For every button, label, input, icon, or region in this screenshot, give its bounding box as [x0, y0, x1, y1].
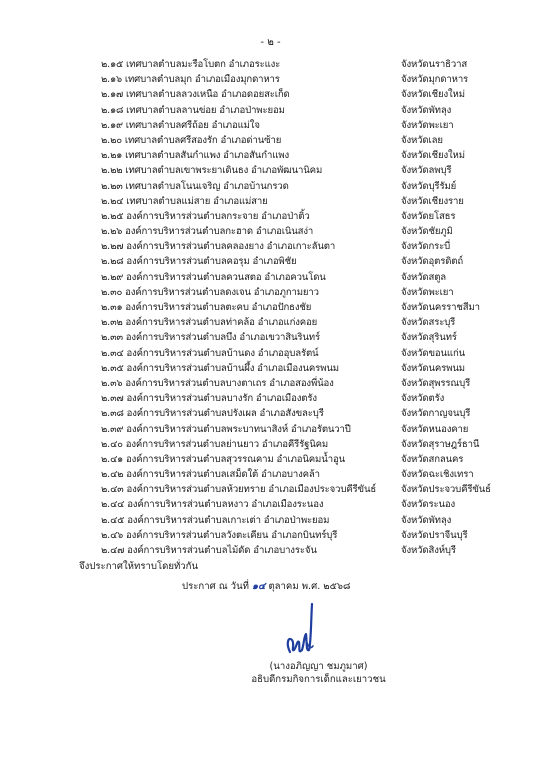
- province-name: จังหวัดชัยภูมิ: [401, 224, 453, 239]
- province-name: จังหวัดประจวบคีรีขันธ์: [401, 482, 491, 497]
- list-item: ๒.๒๗ องค์การบริหารส่วนตำบลคลองยาง อำเภอเ…: [0, 239, 541, 254]
- organization-name: ๒.๓๙ องค์การบริหารส่วนตำบลพระบาทนาสิงห์ …: [101, 422, 351, 437]
- province-name: จังหวัดบุรีรัมย์: [401, 179, 456, 194]
- province-name: จังหวัดนราธิวาส: [401, 57, 467, 72]
- list-item: ๒.๔๐ องค์การบริหารส่วนตำบลย่านยาว อำเภอค…: [0, 437, 541, 452]
- organization-name: ๒.๔๔ องค์การบริหารส่วนตำบลหงาว อำเภอเมือ…: [101, 497, 323, 512]
- list-item: ๒.๓๐ องค์การบริหารส่วนตำบลดงเจน อำเภอภูก…: [0, 285, 541, 300]
- organization-name: ๒.๒๒ เทศบาลตำบลเขาพระยาเดินธง อำเภอพัฒนา…: [101, 163, 322, 178]
- province-name: จังหวัดเลย: [401, 133, 443, 148]
- signer-title: อธิบดีกรมกิจการเด็กและเยาวชน: [48, 673, 541, 686]
- list-item: ๒.๓๖ องค์การบริหารส่วนตำบลบางตาเถร อำเภอ…: [0, 376, 541, 391]
- announcement-text: จึงประกาศให้ทราบโดยทั่วกัน: [79, 560, 198, 574]
- organization-name: ๒.๑๘ เทศบาลตำบลลานข่อย อำเภอป่าพะยอม: [101, 103, 285, 118]
- list-item: ๒.๓๗ องค์การบริหารส่วนตำบลบางรัก อำเภอเม…: [0, 391, 541, 406]
- province-name: จังหวัดพัทลุง: [401, 513, 451, 528]
- organization-name: ๒.๒๙ องค์การบริหารส่วนตำบลควนสตอ อำเภอคว…: [101, 270, 326, 285]
- province-name: จังหวัดสตูล: [401, 270, 446, 285]
- announcement-date: ประกาศ ณ วันที่ ๑๔ ตุลาคม พ.ศ. ๒๕๖๘: [182, 580, 350, 594]
- organization-name: ๒.๓๓ องค์การบริหารส่วนตำบลบึง อำเภอเขวาส…: [101, 330, 320, 345]
- list-item: ๒.๔๕ องค์การบริหารส่วนตำบลเกาะเต่า อำเภอ…: [0, 513, 541, 528]
- organization-name: ๒.๔๑ องค์การบริหารส่วนตำบลสุวรรณคาม อำเภ…: [101, 452, 345, 467]
- organization-name: ๒.๒๐ เทศบาลตำบลศรีสองรัก อำเภอด่านซ้าย: [101, 133, 281, 148]
- province-name: จังหวัดสุรินทร์: [401, 330, 457, 345]
- signer-name: (นางอภิญญา ชมภูมาศ): [48, 660, 541, 673]
- organization-name: ๒.๒๓ เทศบาลตำบลโนนเจริญ อำเภอบ้านกรวด: [101, 179, 289, 194]
- province-name: จังหวัดสกลนคร: [401, 452, 463, 467]
- province-name: จังหวัดสิงห์บุรี: [401, 543, 456, 558]
- province-name: จังหวัดเชียงใหม่: [401, 87, 465, 102]
- list-item: ๒.๒๑ เทศบาลตำบลสันกำแพง อำเภอสันกำแพงจัง…: [0, 148, 541, 163]
- list-item: ๒.๑๘ เทศบาลตำบลลานข่อย อำเภอป่าพะยอมจังห…: [0, 103, 541, 118]
- province-name: จังหวัดปราจีนบุรี: [401, 528, 468, 543]
- organization-name: ๒.๓๒ องค์การบริหารส่วนตำบลท่าคล้อ อำเภอแ…: [101, 315, 317, 330]
- date-day-handwritten: ๑๔: [252, 581, 265, 592]
- organization-name: ๒.๒๑ เทศบาลตำบลสันกำแพง อำเภอสันกำแพง: [101, 148, 289, 163]
- organization-name: ๒.๓๘ องค์การบริหารส่วนตำบลปรังเผล อำเภอส…: [101, 406, 324, 421]
- organization-name: ๒.๓๔ องค์การบริหารส่วนตำบลบ้านดง อำเภออุ…: [101, 346, 318, 361]
- province-name: จังหวัดลพบุรี: [401, 163, 451, 178]
- list-item: ๒.๓๘ องค์การบริหารส่วนตำบลปรังเผล อำเภอส…: [0, 406, 541, 421]
- province-name: จังหวัดเชียงใหม่: [401, 148, 465, 163]
- organization-name: ๒.๒๕ องค์การบริหารส่วนตำบลกระจาย อำเภอป่…: [101, 209, 310, 224]
- list-item: ๒.๓๓ องค์การบริหารส่วนตำบลบึง อำเภอเขวาส…: [0, 330, 541, 345]
- province-name: จังหวัดหนองคาย: [401, 422, 468, 437]
- organization-name: ๒.๒๘ องค์การบริหารส่วนตำบลคอรุม อำเภอพิช…: [101, 254, 296, 269]
- province-name: จังหวัดพะเยา: [401, 285, 454, 300]
- list-item: ๒.๓๔ องค์การบริหารส่วนตำบลบ้านดง อำเภออุ…: [0, 346, 541, 361]
- organization-name: ๒.๑๕ เทศบาลตำบลมะรือโบตก อำเภอระแงะ: [101, 57, 280, 72]
- province-name: จังหวัดตรัง: [401, 391, 444, 406]
- list-item: ๒.๔๓ องค์การบริหารส่วนตำบลห้วยทราย อำเภอ…: [0, 482, 541, 497]
- province-name: จังหวัดพัทลุง: [401, 103, 451, 118]
- organization-name: ๒.๔๒ องค์การบริหารส่วนตำบลเสม็ดใต้ อำเภอ…: [101, 467, 320, 482]
- province-name: จังหวัดขอนแก่น: [401, 346, 465, 361]
- date-prefix: ประกาศ ณ วันที่: [182, 581, 249, 592]
- date-suffix: ตุลาคม พ.ศ. ๒๕๖๘: [268, 581, 350, 592]
- organization-name: ๒.๑๖ เทศบาลตำบลมุก อำเภอเมืองมุกดาหาร: [101, 72, 280, 87]
- province-name: จังหวัดสระบุรี: [401, 315, 455, 330]
- province-name: จังหวัดกระบี่: [401, 239, 450, 254]
- organization-list: ๒.๑๕ เทศบาลตำบลมะรือโบตก อำเภอระแงะจังหว…: [0, 57, 541, 558]
- province-name: จังหวัดนครราชสีมา: [401, 300, 480, 315]
- organization-name: ๒.๒๖ องค์การบริหารส่วนตำบลกะฮาด อำเภอเนิ…: [101, 224, 313, 239]
- list-item: ๒.๔๗ องค์การบริหารส่วนตำบลไม้ดัด อำเภอบา…: [0, 543, 541, 558]
- signature-icon: [282, 600, 322, 658]
- list-item: ๒.๑๙ เทศบาลตำบลศรีถ้อย อำเภอแม่ใจจังหวัด…: [0, 118, 541, 133]
- list-item: ๒.๒๙ องค์การบริหารส่วนตำบลควนสตอ อำเภอคว…: [0, 270, 541, 285]
- list-item: ๒.๑๗ เทศบาลตำบลลวงเหนือ อำเภอดอยสะเก็ดจั…: [0, 87, 541, 102]
- organization-name: ๒.๔๖ องค์การบริหารส่วนตำบลวังตะเคียน อำเ…: [101, 528, 337, 543]
- province-name: จังหวัดฉะเชิงเทรา: [401, 467, 473, 482]
- list-item: ๒.๒๕ องค์การบริหารส่วนตำบลกระจาย อำเภอป่…: [0, 209, 541, 224]
- list-item: ๒.๔๖ องค์การบริหารส่วนตำบลวังตะเคียน อำเ…: [0, 528, 541, 543]
- organization-name: ๒.๒๔ เทศบาลตำบลแม่สาย อำเภอแม่สาย: [101, 194, 268, 209]
- province-name: จังหวัดเชียงราย: [401, 194, 464, 209]
- list-item: ๒.๒๐ เทศบาลตำบลศรีสองรัก อำเภอด่านซ้ายจั…: [0, 133, 541, 148]
- province-name: จังหวัดสุพรรณบุรี: [401, 376, 470, 391]
- list-item: ๒.๑๖ เทศบาลตำบลมุก อำเภอเมืองมุกดาหารจัง…: [0, 72, 541, 87]
- province-name: จังหวัดมุกดาหาร: [401, 72, 468, 87]
- list-item: ๒.๔๔ องค์การบริหารส่วนตำบลหงาว อำเภอเมือ…: [0, 497, 541, 512]
- organization-name: ๒.๓๑ องค์การบริหารส่วนตำบลตะคบ อำเภอปักธ…: [101, 300, 311, 315]
- list-item: ๒.๓๙ องค์การบริหารส่วนตำบลพระบาทนาสิงห์ …: [0, 422, 541, 437]
- province-name: จังหวัดนครพนม: [401, 361, 465, 376]
- list-item: ๒.๒๒ เทศบาลตำบลเขาพระยาเดินธง อำเภอพัฒนา…: [0, 163, 541, 178]
- list-item: ๒.๒๓ เทศบาลตำบลโนนเจริญ อำเภอบ้านกรวดจัง…: [0, 179, 541, 194]
- organization-name: ๒.๔๕ องค์การบริหารส่วนตำบลเกาะเต่า อำเภอ…: [101, 513, 329, 528]
- organization-name: ๒.๔๓ องค์การบริหารส่วนตำบลห้วยทราย อำเภอ…: [101, 482, 376, 497]
- organization-name: ๒.๓๗ องค์การบริหารส่วนตำบลบางรัก อำเภอเม…: [101, 391, 317, 406]
- organization-name: ๒.๔๗ องค์การบริหารส่วนตำบลไม้ดัด อำเภอบา…: [101, 543, 317, 558]
- list-item: ๒.๑๕ เทศบาลตำบลมะรือโบตก อำเภอระแงะจังหว…: [0, 57, 541, 72]
- province-name: จังหวัดระนอง: [401, 497, 455, 512]
- list-item: ๒.๓๒ องค์การบริหารส่วนตำบลท่าคล้อ อำเภอแ…: [0, 315, 541, 330]
- list-item: ๒.๒๘ องค์การบริหารส่วนตำบลคอรุม อำเภอพิช…: [0, 254, 541, 269]
- province-name: จังหวัดยโสธร: [401, 209, 455, 224]
- list-item: ๒.๒๖ องค์การบริหารส่วนตำบลกะฮาด อำเภอเนิ…: [0, 224, 541, 239]
- province-name: จังหวัดสุราษฎร์ธานี: [401, 437, 479, 452]
- list-item: ๒.๓๑ องค์การบริหารส่วนตำบลตะคบ อำเภอปักธ…: [0, 300, 541, 315]
- province-name: จังหวัดกาญจนบุรี: [401, 406, 470, 421]
- organization-name: ๒.๑๗ เทศบาลตำบลลวงเหนือ อำเภอดอยสะเก็ด: [101, 87, 290, 102]
- list-item: ๒.๓๕ องค์การบริหารส่วนตำบลบ้านผึ้ง อำเภอ…: [0, 361, 541, 376]
- organization-name: ๒.๔๐ องค์การบริหารส่วนตำบลย่านยาว อำเภอค…: [101, 437, 328, 452]
- organization-name: ๒.๓๐ องค์การบริหารส่วนตำบลดงเจน อำเภอภูก…: [101, 285, 319, 300]
- list-item: ๒.๔๒ องค์การบริหารส่วนตำบลเสม็ดใต้ อำเภอ…: [0, 467, 541, 482]
- list-item: ๒.๔๑ องค์การบริหารส่วนตำบลสุวรรณคาม อำเภ…: [0, 452, 541, 467]
- page-number: - ๒ -: [0, 37, 541, 49]
- organization-name: ๒.๓๖ องค์การบริหารส่วนตำบลบางตาเถร อำเภอ…: [101, 376, 334, 391]
- list-item: ๒.๒๔ เทศบาลตำบลแม่สาย อำเภอแม่สายจังหวัด…: [0, 194, 541, 209]
- province-name: จังหวัดพะเยา: [401, 118, 454, 133]
- organization-name: ๒.๑๙ เทศบาลตำบลศรีถ้อย อำเภอแม่ใจ: [101, 118, 260, 133]
- province-name: จังหวัดอุตรดิตถ์: [401, 254, 463, 269]
- organization-name: ๒.๒๗ องค์การบริหารส่วนตำบลคลองยาง อำเภอเ…: [101, 239, 335, 254]
- organization-name: ๒.๓๕ องค์การบริหารส่วนตำบลบ้านผึ้ง อำเภอ…: [101, 361, 339, 376]
- signer-block: (นางอภิญญา ชมภูมาศ) อธิบดีกรมกิจการเด็กแ…: [0, 660, 541, 686]
